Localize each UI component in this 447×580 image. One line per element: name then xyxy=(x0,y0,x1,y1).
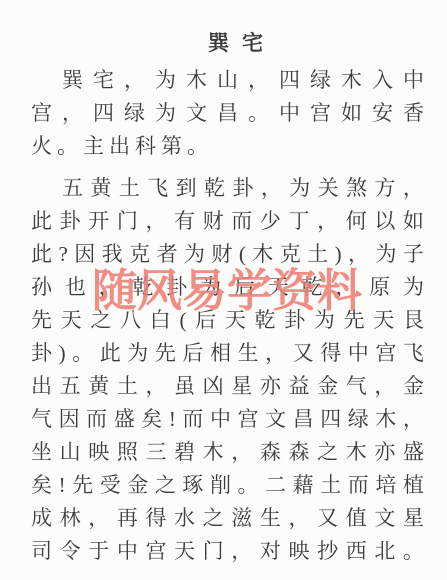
scanned-document-page: 巽宅 巽宅，为木山，四绿木入中 宫，四绿为文昌。中宫如安香 火。主出科第。 五黄… xyxy=(0,0,447,580)
text-line: 先天之八白(后天乾卦为先天艮 xyxy=(31,304,424,337)
text-line: 出五黄土，虽凶星亦益金气，金 xyxy=(31,370,424,403)
text-line: 孙也，乾卦为后天乾，原为 xyxy=(31,271,424,304)
text-line: 五黄土飞到乾卦，为关煞方， xyxy=(31,172,424,205)
text-line: 卦)。此为先后相生，又得中宫飞 xyxy=(31,337,424,370)
text-line: 此?因我克者为财(木克土)，为子 xyxy=(31,238,424,271)
text-line: 巽宅，为木山，四绿木入中 xyxy=(31,64,424,97)
text-line: 宫，四绿为文昌。中宫如安香 xyxy=(31,97,424,130)
text-line: 气因而盛矣!而中宫文昌四绿木， xyxy=(31,403,424,436)
text-line: 矣!先受金之琢削。二藉土而培植 xyxy=(31,469,424,502)
paragraph: 五黄土飞到乾卦，为关煞方， 此卦开门，有财而少丁，何以如 此?因我克者为财(木克… xyxy=(31,172,424,568)
text-line: 坐山映照三碧木，森森之木亦盛 xyxy=(31,436,424,469)
text-line: 成林，再得水之滋生，又值文星 xyxy=(31,502,424,535)
text-line: 此卦开门，有财而少丁，何以如 xyxy=(31,205,424,238)
text-line: 司令于中宫天门，对映抄西北。 xyxy=(31,535,424,568)
text-line: 火。主出科第。 xyxy=(31,130,424,163)
paragraph: 巽宅，为木山，四绿木入中 宫，四绿为文昌。中宫如安香 火。主出科第。 xyxy=(31,64,424,163)
page-title: 巽宅 xyxy=(39,30,432,54)
